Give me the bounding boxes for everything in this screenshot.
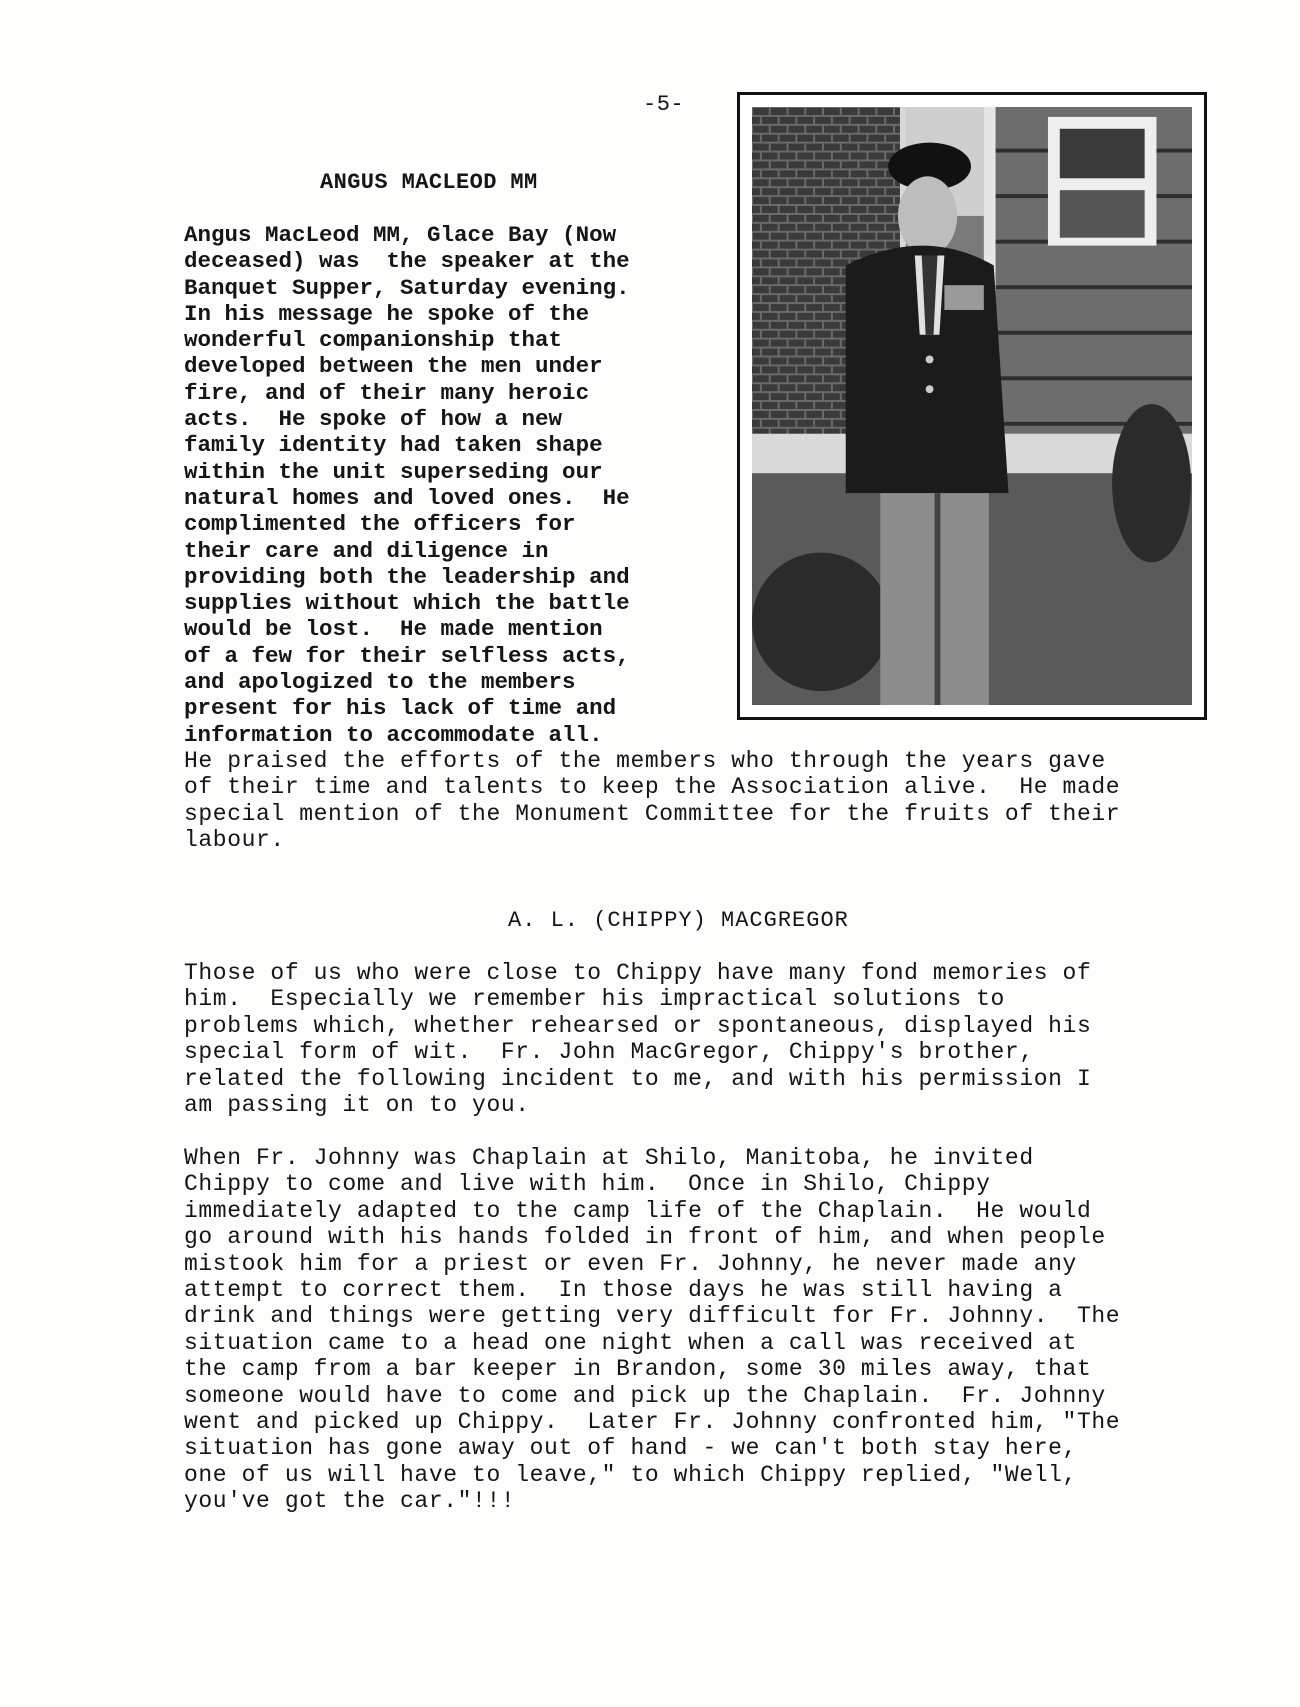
text-line: natural homes and loved ones. He <box>184 485 630 511</box>
text-line: the camp from a bar keeper in Brandon, s… <box>184 1356 1120 1382</box>
text-line: mistook him for a priest or even Fr. Joh… <box>184 1251 1120 1277</box>
text-line: situation has gone away out of hand - we… <box>184 1435 1120 1461</box>
text-line: wonderful companionship that <box>184 327 630 353</box>
text-line: go around with his hands folded in front… <box>184 1224 1120 1250</box>
text-line: In his message he spoke of the <box>184 301 630 327</box>
text-line: Angus MacLeod MM, Glace Bay (Now <box>184 222 630 248</box>
text-line: within the unit superseding our <box>184 459 630 485</box>
text-line: family identity had taken shape <box>184 432 630 458</box>
text-line: situation came to a head one night when … <box>184 1330 1120 1356</box>
article-paragraph: Those of us who were close to Chippy hav… <box>184 960 1091 1118</box>
text-line: of a few for their selfless acts, <box>184 643 630 669</box>
text-line: drink and things were getting very diffi… <box>184 1303 1120 1329</box>
article-body-continuation: He praised the efforts of the members wh… <box>184 748 1120 854</box>
text-line: labour. <box>184 827 1120 853</box>
text-line: one of us will have to leave," to which … <box>184 1462 1120 1488</box>
article-paragraph: When Fr. Johnny was Chaplain at Shilo, M… <box>184 1145 1120 1515</box>
text-line: of their time and talents to keep the As… <box>184 774 1120 800</box>
article-title-chippy-macgregor: A. L. (CHIPPY) MACGREGOR <box>508 908 849 933</box>
text-line: Those of us who were close to Chippy hav… <box>184 960 1091 986</box>
text-line: special form of wit. Fr. John MacGregor,… <box>184 1039 1091 1065</box>
text-line: complimented the officers for <box>184 511 630 537</box>
text-line: him. Especially we remember his impracti… <box>184 986 1091 1012</box>
text-line: went and picked up Chippy. Later Fr. Joh… <box>184 1409 1120 1435</box>
text-line: acts. He spoke of how a new <box>184 406 630 432</box>
text-line: When Fr. Johnny was Chaplain at Shilo, M… <box>184 1145 1120 1171</box>
page-number: -5- <box>643 92 684 117</box>
text-line: attempt to correct them. In those days h… <box>184 1277 1120 1303</box>
article-title-angus-macleod: ANGUS MACLEOD MM <box>320 170 538 195</box>
text-line: supplies without which the battle <box>184 590 630 616</box>
text-line: am passing it on to you. <box>184 1092 1091 1118</box>
text-line: He praised the efforts of the members wh… <box>184 748 1120 774</box>
text-line: related the following incident to me, an… <box>184 1066 1091 1092</box>
text-line: deceased) was the speaker at the <box>184 248 630 274</box>
text-line: special mention of the Monument Committe… <box>184 801 1120 827</box>
text-line: present for his lack of time and <box>184 695 630 721</box>
photo-portrait-icon <box>752 107 1192 705</box>
photo-frame <box>737 92 1207 720</box>
text-line: providing both the leadership and <box>184 564 630 590</box>
article-body-column: Angus MacLeod MM, Glace Bay (Nowdeceased… <box>184 222 630 748</box>
text-line: you've got the car."!!! <box>184 1488 1120 1514</box>
text-line: Banquet Supper, Saturday evening. <box>184 275 630 301</box>
text-line: developed between the men under <box>184 353 630 379</box>
text-line: someone would have to come and pick up t… <box>184 1383 1120 1409</box>
text-line: problems which, whether rehearsed or spo… <box>184 1013 1091 1039</box>
text-line: fire, and of their many heroic <box>184 380 630 406</box>
text-line: would be lost. He made mention <box>184 616 630 642</box>
text-line: and apologized to the members <box>184 669 630 695</box>
text-line: their care and diligence in <box>184 538 630 564</box>
text-line: information to accommodate all. <box>184 722 630 748</box>
text-line: Chippy to come and live with him. Once i… <box>184 1171 1120 1197</box>
text-line: immediately adapted to the camp life of … <box>184 1198 1120 1224</box>
